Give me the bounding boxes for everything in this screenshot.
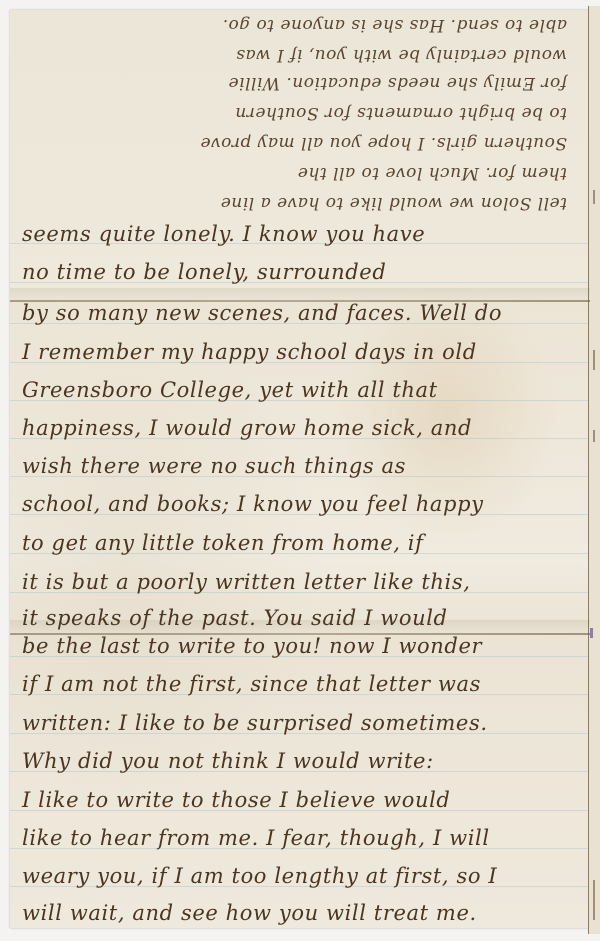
letter-line: I remember my happy school days in old	[22, 342, 582, 363]
letter-line: it is but a poorly written letter like t…	[22, 572, 582, 593]
letter-line: school, and books; I know you feel happy	[22, 494, 582, 515]
letter-line: will wait, and see how you will treat me…	[22, 903, 582, 924]
upside-down-line: to be bright ornaments for Southern	[22, 104, 567, 121]
upside-down-line: for Emily she needs education. Willie	[22, 74, 567, 91]
upside-down-line: tell Solon we would like to have a line	[22, 194, 567, 211]
fold-shadow	[10, 288, 590, 302]
letter-line: happiness, I would grow home sick, and	[22, 418, 582, 439]
letter-line: I like to write to those I believe would	[22, 790, 582, 811]
letter-line: seems quite lonely. I know you have	[22, 224, 582, 245]
letter-line: wish there were no such things as	[22, 456, 582, 477]
upside-down-line: Southern girls. I hope you all may prove	[22, 134, 567, 151]
letter-line: be the last to write to you! now I wonde…	[22, 636, 582, 657]
letter-line: no time to be lonely, surrounded	[22, 262, 582, 283]
letter-line: by so many new scenes, and faces. Well d…	[22, 303, 582, 324]
letter-line: it speaks of the past. You said I would	[22, 608, 582, 629]
upside-down-line: able to send. Has she is anyone to go.	[22, 16, 567, 33]
adjacent-page-mark	[593, 880, 595, 920]
upside-down-line: them for. Much love to all the	[22, 164, 567, 181]
letter-line: weary you, if I am too lengthy at first,…	[22, 866, 582, 887]
purple-ink-mark	[590, 628, 593, 638]
adjacent-page-edge	[588, 6, 600, 934]
upside-down-line: would certainly be with you, if I was	[22, 46, 567, 63]
letter-line: Why did you not think I would write:	[22, 751, 582, 772]
letter-line: Greensboro College, yet with all that	[22, 380, 582, 401]
letter-line: if I am not the first, since that letter…	[22, 674, 582, 695]
adjacent-page-mark	[593, 430, 595, 442]
letter-line: written: I like to be surprised sometime…	[22, 713, 582, 734]
adjacent-page-mark	[593, 190, 595, 204]
adjacent-page-mark	[593, 350, 595, 370]
letter-line: to get any little token from home, if	[22, 533, 582, 554]
letter-line: like to hear from me. I fear, though, I …	[22, 828, 582, 849]
